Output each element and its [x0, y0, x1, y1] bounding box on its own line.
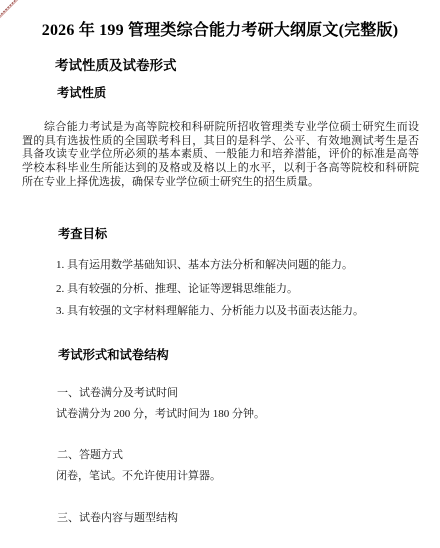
- document-page: 2026 年 199 管理类综合能力考研大纲原文(完整版) 考试性质及试卷形式 …: [0, 0, 440, 548]
- objective-item-1: 1. 具有运用数学基础知识、基本方法分析和解决问题的能力。: [56, 259, 353, 271]
- paragraph-line: 具备攻读专业学位所必须的基本素质、一般能力和培养潜能，评价的标准是高等: [22, 148, 419, 162]
- paragraph-line: 综合能力考试是为高等院校和科研院所招收管理类专业学位硕士研究生而设: [22, 121, 419, 135]
- paragraph-line: 置的具有选拔性质的全国联考科目，其目的是科学、公平、有效地测试考生是否: [22, 135, 419, 149]
- subsection-3-title: 三、试卷内容与题型结构: [57, 512, 178, 524]
- heading-part1: 考试性质及试卷形式: [55, 54, 177, 74]
- objective-item-3: 3. 具有较强的文字材料理解能力、分析能力以及书面表达能力。: [56, 305, 364, 317]
- heading-exam-format: 考试形式和试卷结构: [58, 345, 169, 363]
- paragraph-line: 所在专业上择优选拔，确保专业学位硕士研究生的招生质量。: [22, 176, 419, 190]
- heading-exam-nature: 考试性质: [57, 83, 106, 101]
- subsection-1-title: 一、试卷满分及考试时间: [57, 387, 178, 399]
- subsection-1-body: 试卷满分为 200 分，考试时间为 180 分钟。: [56, 408, 265, 420]
- heading-exam-objectives: 考查目标: [58, 224, 107, 242]
- page-title: 2026 年 199 管理类综合能力考研大纲原文(完整版): [0, 17, 440, 40]
- subsection-2-body: 闭卷，笔试。不允许使用计算器。: [56, 470, 221, 482]
- paragraph-line: 学校本科毕业生所能达到的及格或及格以上的水平，以利于各高等院校和科研院: [22, 162, 419, 176]
- exam-nature-paragraph: 综合能力考试是为高等院校和科研院所招收管理类专业学位硕士研究生而设 置的具有选拔…: [22, 121, 419, 190]
- subsection-2-title: 二、答题方式: [57, 449, 123, 461]
- objective-item-2: 2. 具有较强的分析、推理、论证等逻辑思维能力。: [56, 283, 298, 295]
